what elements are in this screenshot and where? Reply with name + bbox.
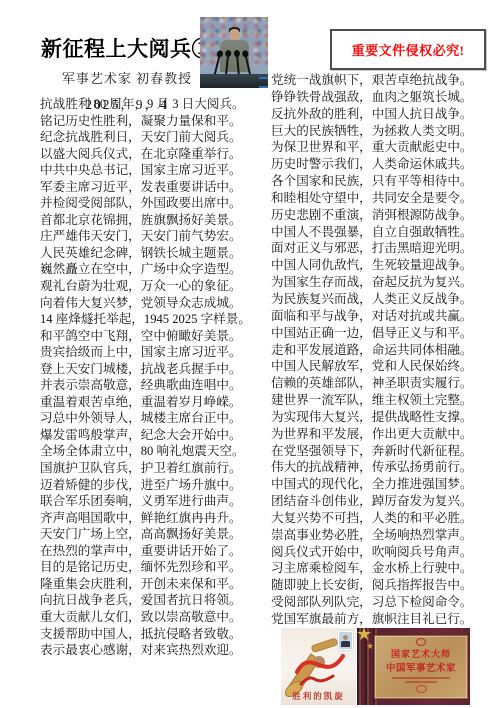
verse-line: 反抗外敌的胜利，中国人抗日战争。 <box>271 106 489 123</box>
verse-line: 为实现伟大复兴，提供战略性支撑。 <box>271 409 489 426</box>
verse-line: 历史时警示我们，人类命运休戚共。 <box>271 156 489 173</box>
verse-line: 在热烈的掌声中，重要讲话开始了。 <box>40 543 258 560</box>
right-text-column: 党统一战旗帜下，艰苦卓绝抗战争。铮铮铁骨战强敌，血肉之躯筑长城。反抗外敌的胜利，… <box>271 72 489 628</box>
plaque-title-line2: 中国军事艺术家 <box>375 660 467 674</box>
verse-line: 习主席乘检阅车，金水桥上行驶中。 <box>271 560 489 577</box>
verse-line: 中国人同仇敌忾，生死较量迎战争。 <box>271 257 489 274</box>
verse-line: 重大贡献儿女们，致以崇高敬意中。 <box>40 609 258 626</box>
verse-line: 纪念抗战胜利日，天安门前大阅兵。 <box>40 129 258 146</box>
left-text-column: 抗战胜利 80 周年，9 月 3 日大阅兵。铭记历史性胜利，凝聚力量保和平。纪念… <box>40 96 258 659</box>
verse-line: 铮铮铁骨战强敌，血肉之躯筑长城。 <box>271 89 489 106</box>
gold-star-small-icon: ★ <box>366 641 374 652</box>
verse-line: 面对正义与邪恶，打击黑暗迎光明。 <box>271 240 489 257</box>
verse-line: 目的是铭记历史，缅怀先烈珍和平。 <box>40 559 258 576</box>
portrait-photo <box>338 631 353 650</box>
plaque-emblem-icon <box>416 638 426 646</box>
trumpet-artwork-image: 胜利的凯旋 <box>281 628 356 705</box>
verse-line: 大复兴势不可挡，人类的和平必胜。 <box>271 510 489 527</box>
plaque-title-line1: 国家艺术大师 <box>375 647 467 660</box>
copyright-notice-box: 重要文件侵权必究! <box>330 29 486 70</box>
verse-line: 党统一战旗帜下，艰苦卓绝抗战争。 <box>271 72 489 89</box>
verse-line: 隆重集会庆胜利，开创未来保和平。 <box>40 576 258 593</box>
podium <box>200 74 268 88</box>
verse-line: 中共中央总书记，国家主席习近平。 <box>40 162 258 179</box>
plaque-seal-icon <box>416 685 427 693</box>
verse-line: 和平鸽空中飞翔，空中俯瞰好美景。 <box>40 328 258 345</box>
verse-line: 铭记历史性胜利，凝聚力量保和平。 <box>40 113 258 130</box>
verse-line: 为保卫世界和平，重大贡献彪史中。 <box>271 139 489 156</box>
verse-line: 以盛大阅兵仪式，在北京隆重举行。 <box>40 146 258 163</box>
verse-line: 建世界一流军队，维主权领土完整。 <box>271 392 489 409</box>
verse-line: 联合军乐团奏响，义勇军进行曲声。 <box>40 493 258 510</box>
verse-line: 全场全体肃立中，80 响礼炮震天空。 <box>40 443 258 460</box>
verse-line: 随即驶上长安街，阅兵指挥报告中。 <box>271 577 489 594</box>
verse-line: 抗战胜利 80 周年，9 月 3 日大阅兵。 <box>40 96 258 113</box>
verse-line: 历史悲剧不重演，消弭根源防战争。 <box>271 207 489 224</box>
verse-line: 支援帮助中国人，抵抗侵略者致敬。 <box>40 626 258 643</box>
verse-line: 国旗护卫队官兵，护卫着红旗前行。 <box>40 460 258 477</box>
verse-line: 首都北京花锦拥，旌旗飘扬好美景。 <box>40 212 258 229</box>
verse-line: 贵宾拾级而上中，国家主席习近平。 <box>40 344 258 361</box>
verse-line: 爆发雷鸣般掌声，纪念大会开始中。 <box>40 427 258 444</box>
verse-line: 伟大的抗战精神，传承弘扬勇前行。 <box>271 459 489 476</box>
verse-line: 习总中外领导人，城楼主席台正中。 <box>40 410 258 427</box>
verse-line: 在党坚强领导下，奔新时代新征程。 <box>271 443 489 460</box>
verse-line: 向抗日战争老兵，爱国者抗日将领。 <box>40 592 258 609</box>
verse-line: 巨大的民族牺牲，为拯救人类文明。 <box>271 123 489 140</box>
verse-line: 崇高事业势必胜，全场响热烈掌声。 <box>271 527 489 544</box>
verse-line: 走和平发展道路，命运共同体相融。 <box>271 342 489 359</box>
verse-line: 为民族复兴而战，人类正义反战争。 <box>271 291 489 308</box>
verse-line: 人民英雄纪念碑，钢铁长城主题景。 <box>40 245 258 262</box>
document-page: 新征程上大阅兵① 军事艺术家 初春教授 2025，9，4 重要文件侵权必究! 抗… <box>0 0 500 708</box>
verse-line: 天安门广场上空，高高飘扬好美景。 <box>40 526 258 543</box>
plaque-fine-print <box>405 681 436 683</box>
verse-line: 中国人民解放军，党和人民保始终。 <box>271 358 489 375</box>
verse-line: 中国式的现代化，全力推进强国梦。 <box>271 476 489 493</box>
parade-photo <box>200 17 268 88</box>
verse-line: 军委主席习近平，发表重要讲话中。 <box>40 179 258 196</box>
portrait-suit <box>341 641 350 647</box>
verse-line: 并表示崇高敬意，经典歌曲连唱中。 <box>40 377 258 394</box>
verse-line: 为世界和平发展，作出更大贡献中。 <box>271 426 489 443</box>
verse-line: 登上天安门城楼，抗战老兵握手中。 <box>40 361 258 378</box>
award-plaque-image: ★ ★ 国家艺术大师 中国军事艺术家 <box>357 628 470 705</box>
verse-line: 并检阅受阅部队，外国政要出席中。 <box>40 195 258 212</box>
verse-line: 党国军旗最前方，旗帜注目礼已行。 <box>271 611 489 628</box>
verse-line: 重温着艰苦卓绝，重温着岁月峥嵘。 <box>40 394 258 411</box>
verse-line: 齐声高唱国歌中，鲜艳红旗冉冉升。 <box>40 510 258 527</box>
verse-line: 14 座烽燧托举起，1945 2025 字样景。 <box>40 311 258 328</box>
artwork-calligraphy-caption: 胜利的凯旋 <box>281 690 356 702</box>
verse-line: 和睦相处守望中，共同安全是要令。 <box>271 190 489 207</box>
copyright-notice-text: 重要文件侵权必究! <box>352 40 465 59</box>
page-subtitle: 军事艺术家 初春教授 <box>36 68 218 87</box>
verse-line: 信赖的英雄部队，神圣职责实履行。 <box>271 375 489 392</box>
verse-line: 观礼台蔚为壮观，万众一心的象征。 <box>40 278 258 295</box>
anchor-mark-icon <box>259 77 268 88</box>
verse-line: 阅兵仪式开始中，吹响阅兵号角声。 <box>271 544 489 561</box>
verse-line: 中国人不畏强暴，自立自强敢牺牲。 <box>271 224 489 241</box>
verse-line: 为国家生存而战，奋起反抗为复兴。 <box>271 274 489 291</box>
verse-line: 庄严雄伟天安门，天安门前气势宏。 <box>40 228 258 245</box>
verse-line: 迈着矫健的步伐，进至广场升旗中。 <box>40 477 258 494</box>
verse-line: 巍然矗立在空中，广场中众字造型。 <box>40 261 258 278</box>
gold-plaque: 国家艺术大师 中国军事艺术家 <box>374 635 468 699</box>
verse-line: 各个国家和民族，只有平等相待中。 <box>271 173 489 190</box>
verse-line: 面临和平与战争，对话对抗或共赢。 <box>271 308 489 325</box>
verse-line: 中国站正确一边，倡导正义与和平。 <box>271 325 489 342</box>
verse-line: 表示最衷心感谢，对来宾热烈欢迎。 <box>40 642 258 659</box>
verse-line: 向着伟大复兴梦，党领导众志成城。 <box>40 295 258 312</box>
portrait-head <box>343 635 348 640</box>
plaque-fine-print <box>392 677 449 679</box>
page-title: 新征程上大阅兵① <box>36 33 218 63</box>
verse-line: 团结奋斗创伟业，踔厉奋发为复兴。 <box>271 493 489 510</box>
verse-line: 受阅部队列队完，习总下检阅命令。 <box>271 594 489 611</box>
